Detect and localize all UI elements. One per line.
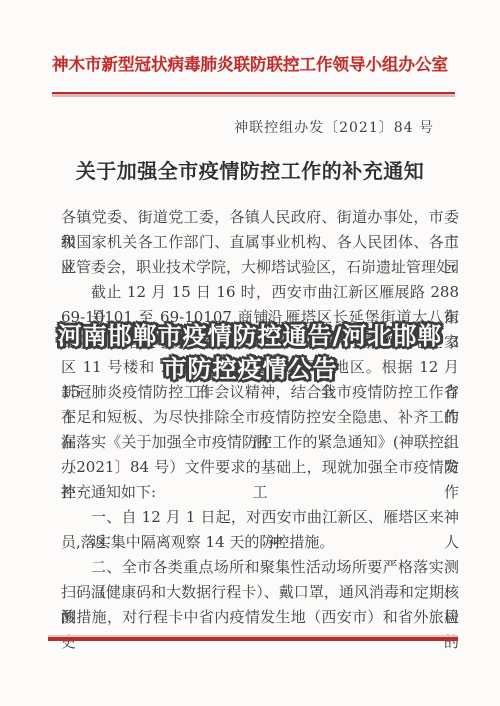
doc-number: 神联控组办发〔2021〕84 号 xyxy=(0,117,434,137)
watermark-caption: 河南邯郸市疫情防控通告/河北邯郸 市防控疫情公告 xyxy=(0,320,500,386)
body-line: 各镇党委、街道党工委，各镇人民政府、街道办事处，市委和市 xyxy=(61,205,459,230)
caption-line-2: 市防控疫情公告 xyxy=(0,353,500,386)
notice-body: 各镇党委、街道党工委，各镇人民政府、街道办事处，市委和市 级国家机关各工作部门、… xyxy=(61,205,459,630)
document-page: 神木市新型冠状病毒肺炎联防联控工作领导小组办公室 神联控组办发〔2021〕84 … xyxy=(0,0,500,706)
body-line: 〔2021〕84 号）文件要求的基础上，现就加强全市疫情防控工作 xyxy=(61,455,459,480)
bottom-divider xyxy=(48,635,458,641)
notice-title: 关于加强全市疫情防控工作的补充通知 xyxy=(0,155,500,184)
body-line: 不足和短板、为尽快排除全市疫情防控安全隐患、补齐工作漏洞。 xyxy=(61,405,459,430)
body-line: 在落实《关于加强全市疫情防控工作的紧急通知》(神联控组办发 xyxy=(61,430,459,455)
body-line: 测措施，对行程卡中省内疫情发生地（西安市）和省外旅居史的 xyxy=(61,605,459,630)
body-line: 截止 12 月 15 日 16 时，西安市曲江新区雁展路 288 号沿街 xyxy=(61,280,459,305)
caption-line-1: 河南邯郸市疫情防控通告/河北邯郸 xyxy=(0,320,500,353)
body-line: 二、全市各类重点场所和聚集性活动场所要严格落实测温、 xyxy=(61,555,459,580)
body-line: 区管委会，职业技术学院，大柳塔试验区，石峁遗址管理处: xyxy=(61,255,459,280)
letterhead-divider xyxy=(52,92,455,97)
letterhead-org-title: 神木市新型冠状病毒肺炎联防联控工作领导小组办公室 xyxy=(0,51,500,75)
body-line: 级国家机关各工作部门、直属事业机构、各人民团体、各工业园 xyxy=(61,230,459,255)
body-line: 扫码（健康码和大数据行程卡）、戴口罩，通风消毒和定期核酸检 xyxy=(61,580,459,605)
body-line: 一、自 12 月 1 日起，对西安市曲江新区、雁塔区来神返神人 xyxy=(61,505,459,530)
